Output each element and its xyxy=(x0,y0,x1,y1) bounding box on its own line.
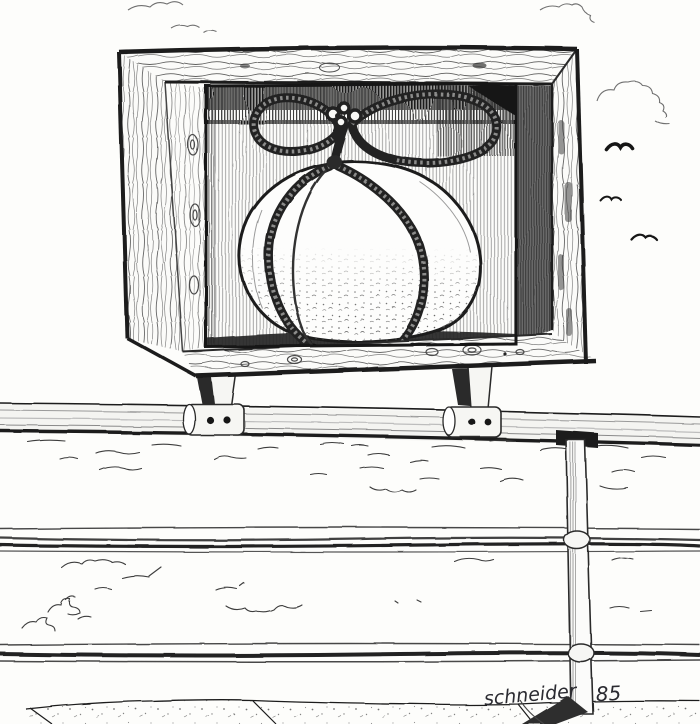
fence-post xyxy=(520,430,598,724)
illustration-canvas: schneider 85 xyxy=(0,0,700,724)
clamp-bolt xyxy=(223,416,230,423)
shadow-box xyxy=(119,48,596,376)
cloud-scalloped-tail xyxy=(655,121,670,124)
cloud-wisp-left xyxy=(128,2,183,10)
bird-icon xyxy=(600,196,621,200)
cloud-wisp-left-2 xyxy=(171,25,199,28)
support-leg xyxy=(468,366,492,409)
cloud-scalloped xyxy=(597,81,667,118)
bird-icon xyxy=(607,144,633,150)
bird-icon xyxy=(632,235,657,240)
pipe-clamp-mouth xyxy=(183,404,195,434)
drawing: schneider 85 xyxy=(0,0,700,724)
frame-knot xyxy=(240,64,250,69)
clamp-bolt xyxy=(206,416,213,423)
bottom-rail xyxy=(0,644,700,662)
pipe-clamp-mouth xyxy=(443,407,455,435)
post-shading xyxy=(569,442,576,712)
clamp-bolt xyxy=(469,419,476,426)
post-joint xyxy=(568,644,594,662)
middle-rail xyxy=(0,528,700,553)
signature-year: 85 xyxy=(595,681,622,706)
post-joint xyxy=(564,531,590,549)
interior-right-wall-hatch xyxy=(516,84,552,344)
rope-junction xyxy=(326,155,342,169)
clamp-bolt xyxy=(485,419,492,426)
frame-knot xyxy=(473,63,487,69)
birds xyxy=(600,144,657,240)
cloud-wisp-right xyxy=(540,4,594,22)
cloud-wisp-left-3 xyxy=(203,30,216,32)
